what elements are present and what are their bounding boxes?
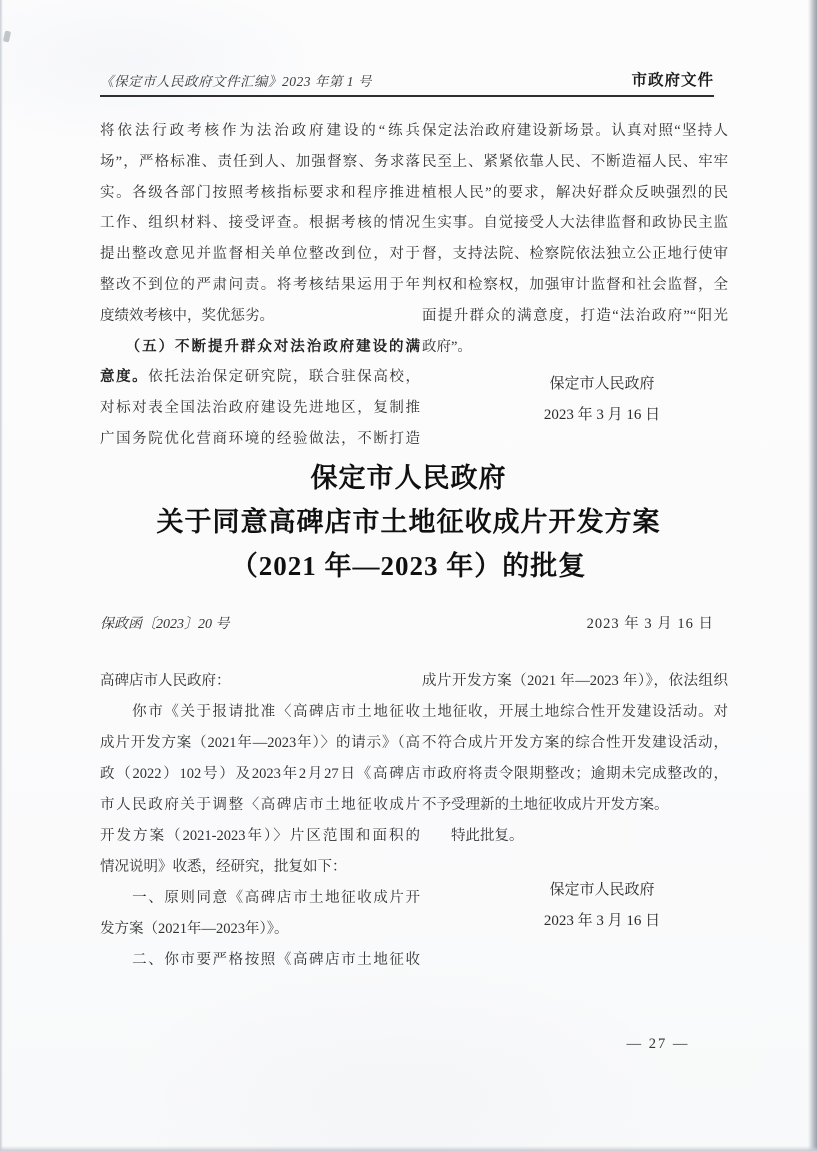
text-line: 政（2022）102号）及2023年2月27日《高碑店 — [100, 759, 420, 790]
text-line: 场”，严格标准、责任到人、加强督察、务求落 — [100, 147, 420, 178]
bold-text-segment: 意度。 — [100, 369, 148, 385]
page-header: 《保定市人民政府文件汇编》2023 年第 1 号 市政府文件 — [100, 68, 714, 97]
bold-text-segment: （五）不断提升群众对法治政府建设的满 — [133, 339, 420, 355]
text-line: （五）不断提升群众对法治政府建设的满 — [100, 332, 420, 363]
text-line: 不予受理新的土地征收成片开发方案。 — [422, 790, 728, 821]
doc1-left-column: 将依法行政考核作为法治政府建设的“练兵场”，严格标准、责任到人、加强督察、务求落… — [100, 116, 420, 455]
text-line: 特此批复。 — [422, 821, 728, 852]
doc2-reference-number: 保政函〔2023〕20 号 — [100, 613, 230, 633]
text-line: 高碑店市人民政府： — [100, 666, 420, 697]
text-line: 发方案（2021年—2023年）》。 — [100, 914, 420, 945]
text-line: 意度。依托法治保定研究院，联合驻保高校， — [100, 362, 420, 393]
text-line: 市人民政府关于调整〈高碑店市土地征收成片 — [100, 790, 420, 821]
text-line: 植根人民”的要求，解决好群众反映强烈的民 — [422, 178, 728, 209]
doc2-signature-block: 保定市人民政府 2023 年 3 月 16 日 — [482, 875, 722, 937]
text-line: 督，支持法院、检察院依法独立公正地行使审 — [422, 239, 728, 270]
text-line: 面提升群众的满意度，打造“法治政府”“阳光 — [422, 301, 728, 332]
text-line: 保定法治政府建设新场景。认真对照“坚持人 — [422, 116, 728, 147]
text-line: 你市《关于报请批准〈高碑店市土地征收 — [100, 697, 420, 728]
scan-artifact-speck — [3, 30, 11, 42]
doc2-left-column: 高碑店市人民政府： 你市《关于报请批准〈高碑店市土地征收成片开发方案（2021年… — [100, 666, 420, 976]
text-line: 土地征收，开展土地综合性开发建设活动。对 — [422, 697, 728, 728]
text-line: 度绩效考核中，奖优惩劣。 — [100, 301, 420, 332]
doc2-title-line: 关于同意高碑店市土地征收成片开发方案 — [100, 500, 717, 544]
text-line: 开发方案（2021-2023年）〉片区范围和面积的 — [100, 821, 420, 852]
text-line: 工作、组织材料、接受评查。根据考核的情况 — [100, 208, 420, 239]
doc2-number-row: 保政函〔2023〕20 号 2023 年 3 月 16 日 — [100, 612, 714, 633]
text-line: 生实事。自觉接受人大法律监督和政协民主监 — [422, 208, 728, 239]
text-line: 二、你市要严格按照《高碑店市土地征收 — [100, 945, 420, 976]
text-line: 民至上、紧紧依靠人民、不断造福人民、牢牢 — [422, 147, 728, 178]
doc2-title-line: 保定市人民政府 — [100, 456, 717, 500]
doc1-signature-date: 2023 年 3 月 16 日 — [482, 400, 722, 431]
text-line: 判权和检察权，加强审计监督和社会监督，全 — [422, 270, 728, 301]
doc2-title-line: （2021 年—2023 年）的批复 — [100, 544, 717, 588]
text-segment — [100, 339, 133, 355]
text-line: 不符合成片开发方案的综合性开发建设活动， — [422, 728, 728, 759]
doc2-signature-issuer: 保定市人民政府 — [482, 875, 722, 906]
doc1-right-column: 保定法治政府建设新场景。认真对照“坚持人民至上、紧紧依靠人民、不断造福人民、牢牢… — [422, 116, 728, 362]
text-line: 成片开发方案（2021 年—2023 年）》，依法组织 — [422, 666, 728, 697]
doc1-signature-block: 保定市人民政府 2023 年 3 月 16 日 — [482, 369, 722, 431]
text-line: 广国务院优化营商环境的经验做法，不断打造 — [100, 424, 420, 455]
doc2-title: 保定市人民政府关于同意高碑店市土地征收成片开发方案（2021 年—2023 年）… — [100, 456, 717, 588]
header-compilation-title: 《保定市人民政府文件汇编》2023 年第 1 号 — [100, 70, 372, 90]
page-number: — 27 — — [600, 1036, 716, 1053]
text-line: 政府”。 — [422, 332, 728, 363]
text-line: 对标对表全国法治政府建设先进地区，复制推 — [100, 393, 420, 424]
doc2-right-column: 成片开发方案（2021 年—2023 年）》，依法组织土地征收，开展土地综合性开… — [422, 666, 728, 852]
scan-edge-right — [808, 0, 817, 1151]
text-line: 成片开发方案（2021年—2023年）〉的请示》（高 — [100, 728, 420, 759]
text-line: 提出整改意见并监督相关单位整改到位，对于 — [100, 239, 420, 270]
scan-edge-left — [0, 0, 3, 1151]
text-line: 情况说明》收悉，经研究，批复如下： — [100, 852, 420, 883]
text-line: 将依法行政考核作为法治政府建设的“练兵 — [100, 116, 420, 147]
text-segment: 依托法治保定研究院，联合驻保高校， — [148, 369, 420, 385]
doc2-issue-date: 2023 年 3 月 16 日 — [587, 612, 714, 633]
scanned-document-page: 《保定市人民政府文件汇编》2023 年第 1 号 市政府文件 将依法行政考核作为… — [0, 0, 817, 1151]
text-line: 整改不到位的严肃问责。将考核结果运用于年 — [100, 270, 420, 301]
doc2-signature-date: 2023 年 3 月 16 日 — [482, 906, 722, 937]
doc1-signature-issuer: 保定市人民政府 — [482, 369, 722, 400]
text-line: 市政府将责令限期整改；逾期未完成整改的， — [422, 759, 728, 790]
scan-edge-bottom — [0, 1146, 817, 1151]
text-line: 一、原则同意《高碑店市土地征收成片开 — [100, 883, 420, 914]
header-section-label: 市政府文件 — [631, 68, 714, 90]
text-line: 实。各级各部门按照考核指标要求和程序推进 — [100, 178, 420, 209]
